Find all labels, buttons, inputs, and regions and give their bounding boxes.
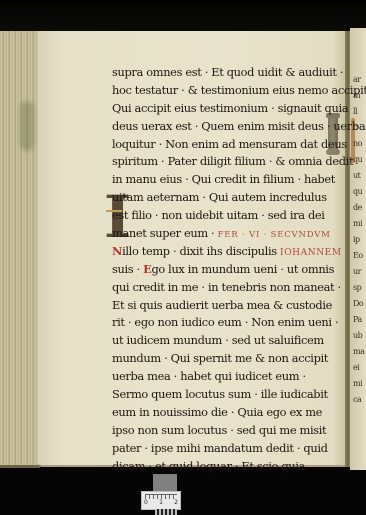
scale-ruler: 0 1 2 [141,491,181,510]
text-line: Sermo quem locutus sum · ille iudicabit [112,386,344,404]
rubric-heading: IOHANNEM [280,248,342,258]
text-line: uerba mea · habet qui iudicet eum · [112,368,344,386]
text-line: uitam aeternam · Qui autem incredulus [112,189,344,207]
manuscript-text-block: supra omnes est · Et quod uidit & audiui… [112,64,344,475]
text-line: suis · Ego lux in mundum ueni · ut omnis [112,261,344,279]
page-stain [20,101,34,151]
text-line: supra omnes est · Et quod uidit & audiui… [112,64,344,82]
text-line: dicam · et quid loquar · Et scio quia [112,458,344,476]
text-line: spiritum · Pater diligit filium · & omni… [112,153,344,171]
text-line: qui credit in me · in tenebris non manea… [112,279,344,297]
text-line: in manu eius · Qui credit in filium · ha… [112,171,344,189]
text-line: Nillo temp · dixit ihs discipulis IOHANN… [112,243,344,261]
text-line: deus uerax est · Quem enim misit deus · … [112,118,344,136]
gray-color-patch [153,474,177,492]
red-initial: N [112,244,122,258]
text-line: rit · ego non iudico eum · Non enim ueni… [112,314,344,332]
text-line: loquitur · Non enim ad mensuram dat deus [112,136,344,154]
ruler-label: 0 [144,499,148,506]
rubric-heading: FER · VI · SECVNDVM [218,230,331,240]
text-line: Qui accipit eius testimonium · signauit … [112,100,344,118]
text-line: Et si quis audierit uerba mea & custodie [112,297,344,315]
ruler-label: 2 [174,499,178,506]
text-line: ipso non sum locutus · sed qui me misit [112,422,344,440]
text-line: hoc testatur · & testimonium eius nemo a… [112,82,344,100]
ruler-base [155,509,177,515]
text-line: est filio · non uidebit uitam · sed ira … [112,207,344,225]
page-stack-edge [0,31,40,468]
text-line: ut iudicem mundum · sed ut saluificem [112,332,344,350]
text-line: eum in nouissimo die · Quia ego ex me [112,404,344,422]
ruler-label: 1 [159,499,163,506]
text-line: mundum · Qui spernit me & non accipit [112,350,344,368]
text-line: manet super eum · FER · VI · SECVNDVM [112,225,344,243]
text-line: pater · ipse mihi mandatum dedit · quid [112,440,344,458]
background-top [0,0,366,32]
